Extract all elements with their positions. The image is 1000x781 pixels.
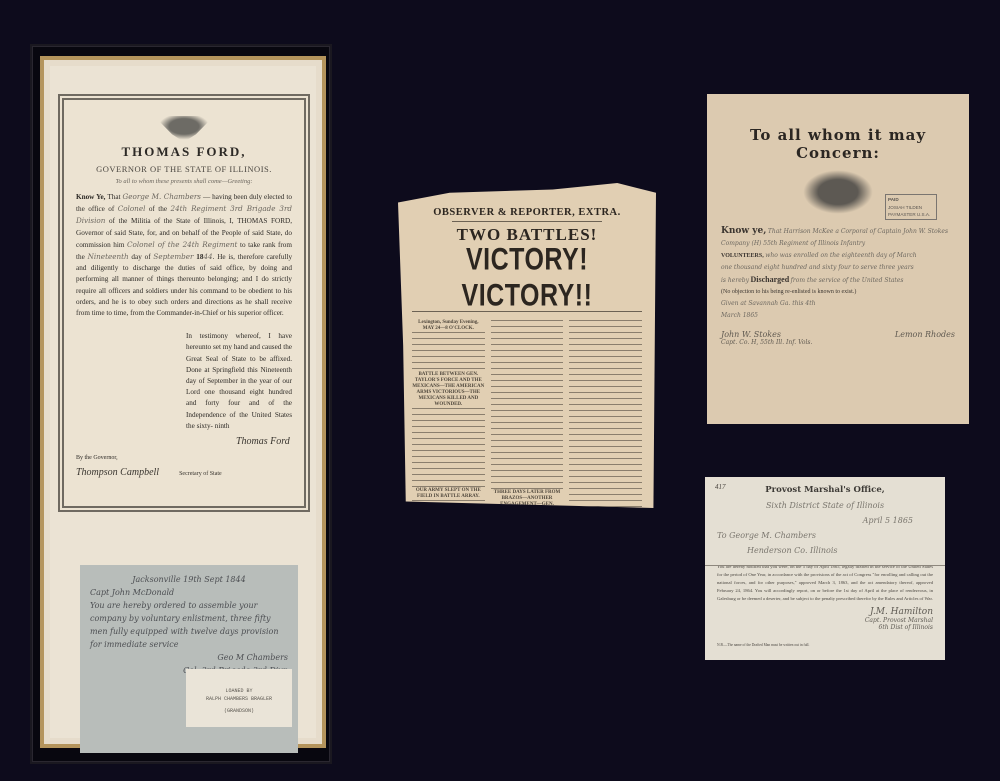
discharge-signatures: John W. StokesCapt. Co. H, 55th Ill. Inf… xyxy=(721,330,955,346)
newspaper-column-2: THREE DAYS LATER FROM BRAZOS—ANOTHER ENG… xyxy=(491,320,564,565)
headline-victory: VICTORY! VICTORY!! xyxy=(412,242,642,315)
commission-body: Know Ye, That George M. Chambers — havin… xyxy=(76,191,292,319)
notice-footnote: N.B.—The name of the Drafted Man must be… xyxy=(717,643,933,647)
provost-signature: J.M. Hamilton Capt. Provost Marshal 6th … xyxy=(717,607,933,631)
divider xyxy=(452,221,602,222)
commission-greeting: To all to whom these presents shall come… xyxy=(76,178,292,185)
attached-handwritten-letter: Jacksonville 19th Sept 1844 Capt John Mc… xyxy=(80,565,298,753)
notice-date: April 5 1865 xyxy=(717,516,913,525)
newspaper-column-1: Lexington, Sunday Evening, MAY 24—8 O'CL… xyxy=(412,320,485,565)
newspaper-column-3 xyxy=(569,320,642,565)
discharge-body: Know ye, That Harrison McKee a Corporal … xyxy=(721,226,955,322)
discharge-title: To all whom it may Concern: xyxy=(721,126,955,162)
discharge-certificate: To all whom it may Concern: PAID JOSIAH … xyxy=(707,94,969,424)
paymaster-stamp: PAID JOSIAH TILDEN PAYMASTER U.S.A. xyxy=(885,194,937,220)
by-the-governor: By the Governor, xyxy=(76,455,292,461)
recipient: To George M. Chambers xyxy=(717,531,933,540)
newspaper-columns: Lexington, Sunday Evening, MAY 24—8 O'CL… xyxy=(412,320,642,565)
notice-body: You are hereby notified that you were, o… xyxy=(717,563,933,603)
gold-frame-liner: THOMAS FORD, GOVERNOR OF THE STATE OF IL… xyxy=(40,56,326,748)
governor-signature: Thomas Ford xyxy=(236,436,292,447)
governor-commission-document: THOMAS FORD, GOVERNOR OF THE STATE OF IL… xyxy=(58,94,310,512)
district: Sixth District State of Illinois xyxy=(717,501,933,510)
commission-subtitle: GOVERNOR OF THE STATE OF ILLINOIS. xyxy=(76,164,292,174)
commission-title: THOMAS FORD, xyxy=(76,144,292,160)
eagle-engraving-icon xyxy=(154,116,214,142)
provost-title: Provost Marshal's Office, xyxy=(717,485,933,495)
loan-label-card: LOANED BY RALPH CHAMBERS BRAGLER (GRANDS… xyxy=(186,669,292,727)
fold-line xyxy=(705,565,945,566)
eagle-flag-vignette-icon xyxy=(803,170,873,214)
newspaper-masthead: OBSERVER & REPORTER, EXTRA. xyxy=(412,207,642,218)
newspaper-extra: OBSERVER & REPORTER, EXTRA. TWO BATTLES!… xyxy=(398,183,656,508)
recipient-address: Henderson Co. Illinois xyxy=(747,546,933,555)
notice-number: 417 xyxy=(715,483,726,491)
commission-testimony: In testimony whereof, I have hereunto se… xyxy=(186,331,292,432)
provost-marshal-draft-notice: 417 Provost Marshal's Office, Sixth Dist… xyxy=(705,477,945,660)
secretary-signature: Thompson CampbellSecretary of State xyxy=(76,467,292,478)
